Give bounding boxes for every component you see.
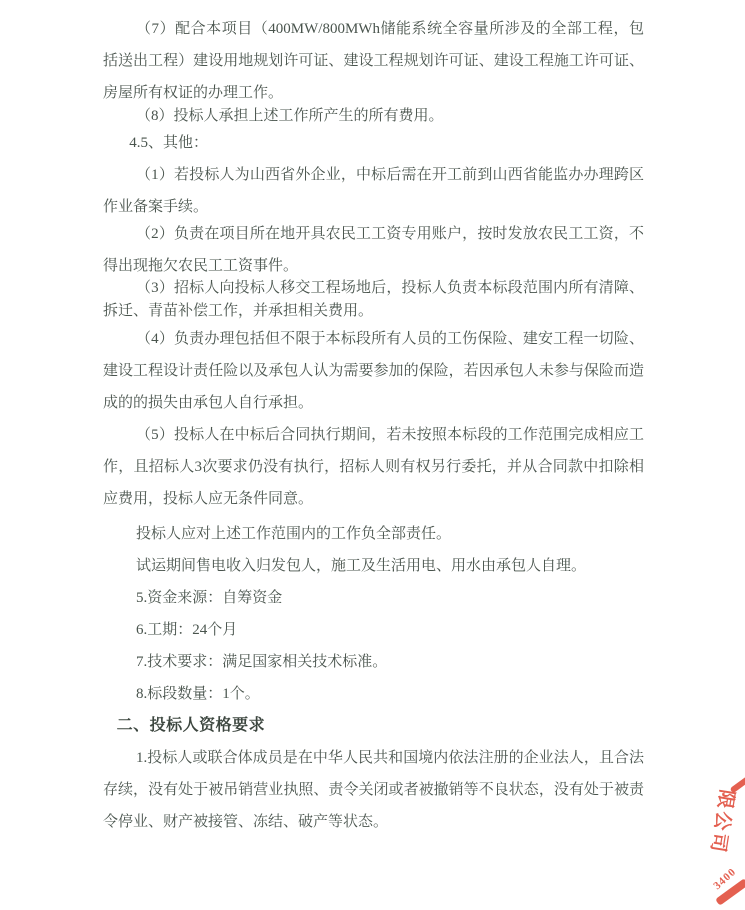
paragraph-12: 7.技术要求：满足国家相关技术标准。 [103,646,644,678]
paragraph-14: 二、投标人资格要求 [103,710,644,742]
paragraph-15: 1.投标人或联合体成员是在中华人民共和国境内依法注册的企业法人，且合法存续，没有… [103,742,644,838]
paragraph-9: 试运期间售电收入归发包人，施工及生活用电、用水由承包人自理。 [103,550,644,582]
seal-edge-stroke-top [730,775,745,794]
paragraph-6: （4）负责办理包括但不限于本标段所有人员的工伤保险、建安工程一切险、建设工程设计… [103,323,644,419]
paragraph-3: （1）若投标人为山西省外企业，中标后需在开工前到山西省能监办办理跨区作业备案手续… [103,159,644,223]
paragraph-5: （3）招标人向投标人移交工程场地后，投标人负责本标段范围内所有清障、拆迁、青苗补… [103,277,644,323]
paragraph-0: （7）配合本项目（400MW/800MWh储能系统全容量所涉及的全部工程，包括送… [103,13,644,109]
document-body: （7）配合本项目（400MW/800MWh储能系统全容量所涉及的全部工程，包括送… [103,13,644,838]
paragraph-7: （5）投标人在中标后合同执行期间，若未按照本标段的工作范围完成相应工作，且招标人… [103,419,644,515]
paragraph-13: 8.标段数量：1个。 [103,678,644,710]
paragraph-8: 投标人应对上述工作范围内的工作负全部责任。 [103,518,644,550]
paragraph-4: （2）负责在项目所在地开具农民工工资专用账户，按时发放农民工工资，不得出现拖欠农… [103,218,644,282]
seal-edge-stroke-bottom [715,878,745,906]
seal-text-fragment: 限公司 [705,788,742,857]
paragraph-11: 6.工期：24个月 [103,614,644,646]
document-page: （7）配合本项目（400MW/800MWh储能系统全容量所涉及的全部工程，包括送… [0,0,745,910]
paragraph-10: 5.资金来源：自筹资金 [103,582,644,614]
